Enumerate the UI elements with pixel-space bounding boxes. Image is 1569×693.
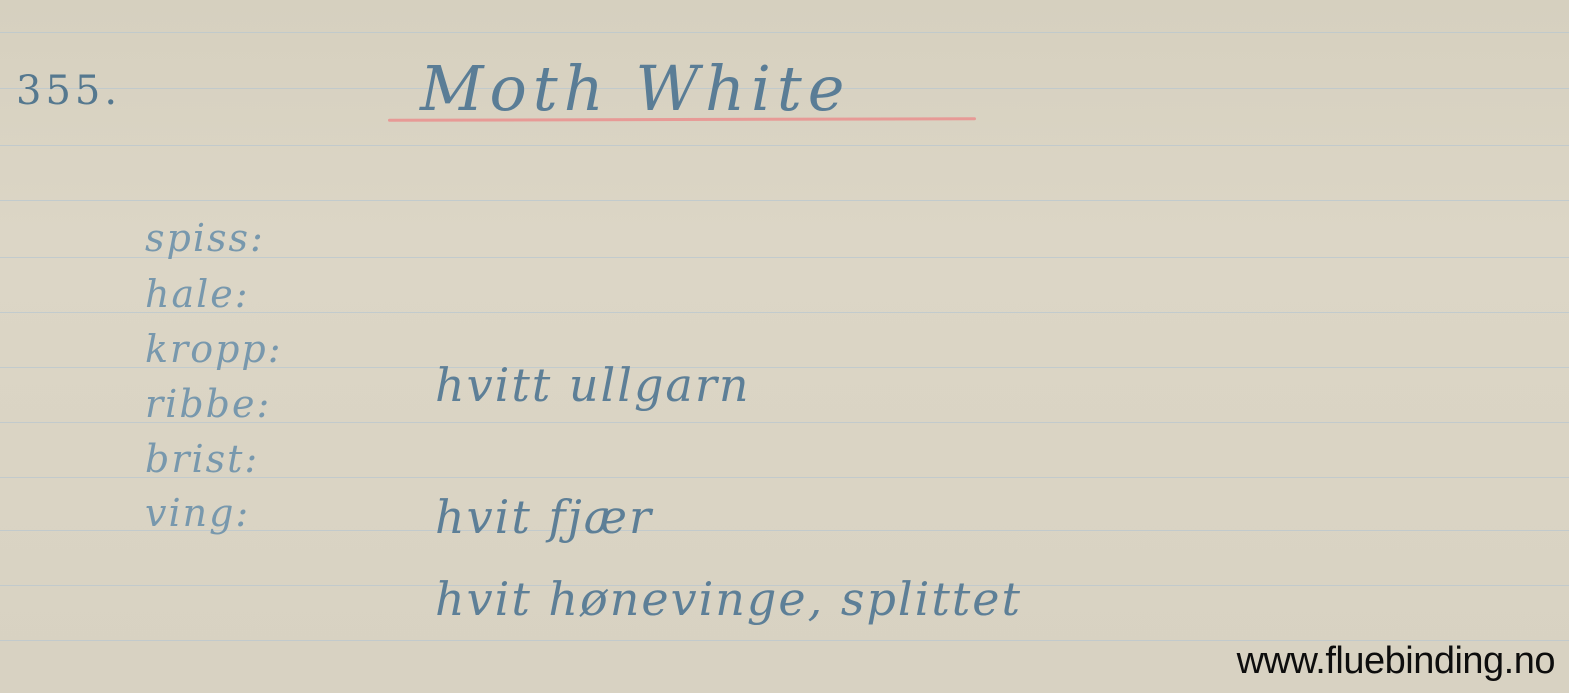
field-label-spiss: spiss: <box>145 216 265 260</box>
field-value-ving: hvit hønevinge, splittet <box>435 572 1022 626</box>
field-label-brist: brist: <box>145 437 259 481</box>
notebook-page: 355. Moth White spiss: hale: kropp: ribb… <box>0 0 1569 693</box>
ruled-line <box>0 32 1569 33</box>
field-value-kropp: hvitt ullgarn <box>435 358 750 412</box>
entry-number: 355. <box>16 68 121 114</box>
ruled-line <box>0 145 1569 146</box>
fly-pattern-title: Moth White <box>420 52 850 125</box>
field-value-brist: hvit fjær <box>435 490 653 544</box>
field-label-ribbe: ribbe: <box>145 382 271 426</box>
field-label-hale: hale: <box>145 272 250 316</box>
field-label-kropp: kropp: <box>145 327 283 371</box>
website-watermark: www.fluebinding.no <box>1237 640 1555 683</box>
field-label-ving: ving: <box>145 491 250 535</box>
ruled-line <box>0 200 1569 201</box>
